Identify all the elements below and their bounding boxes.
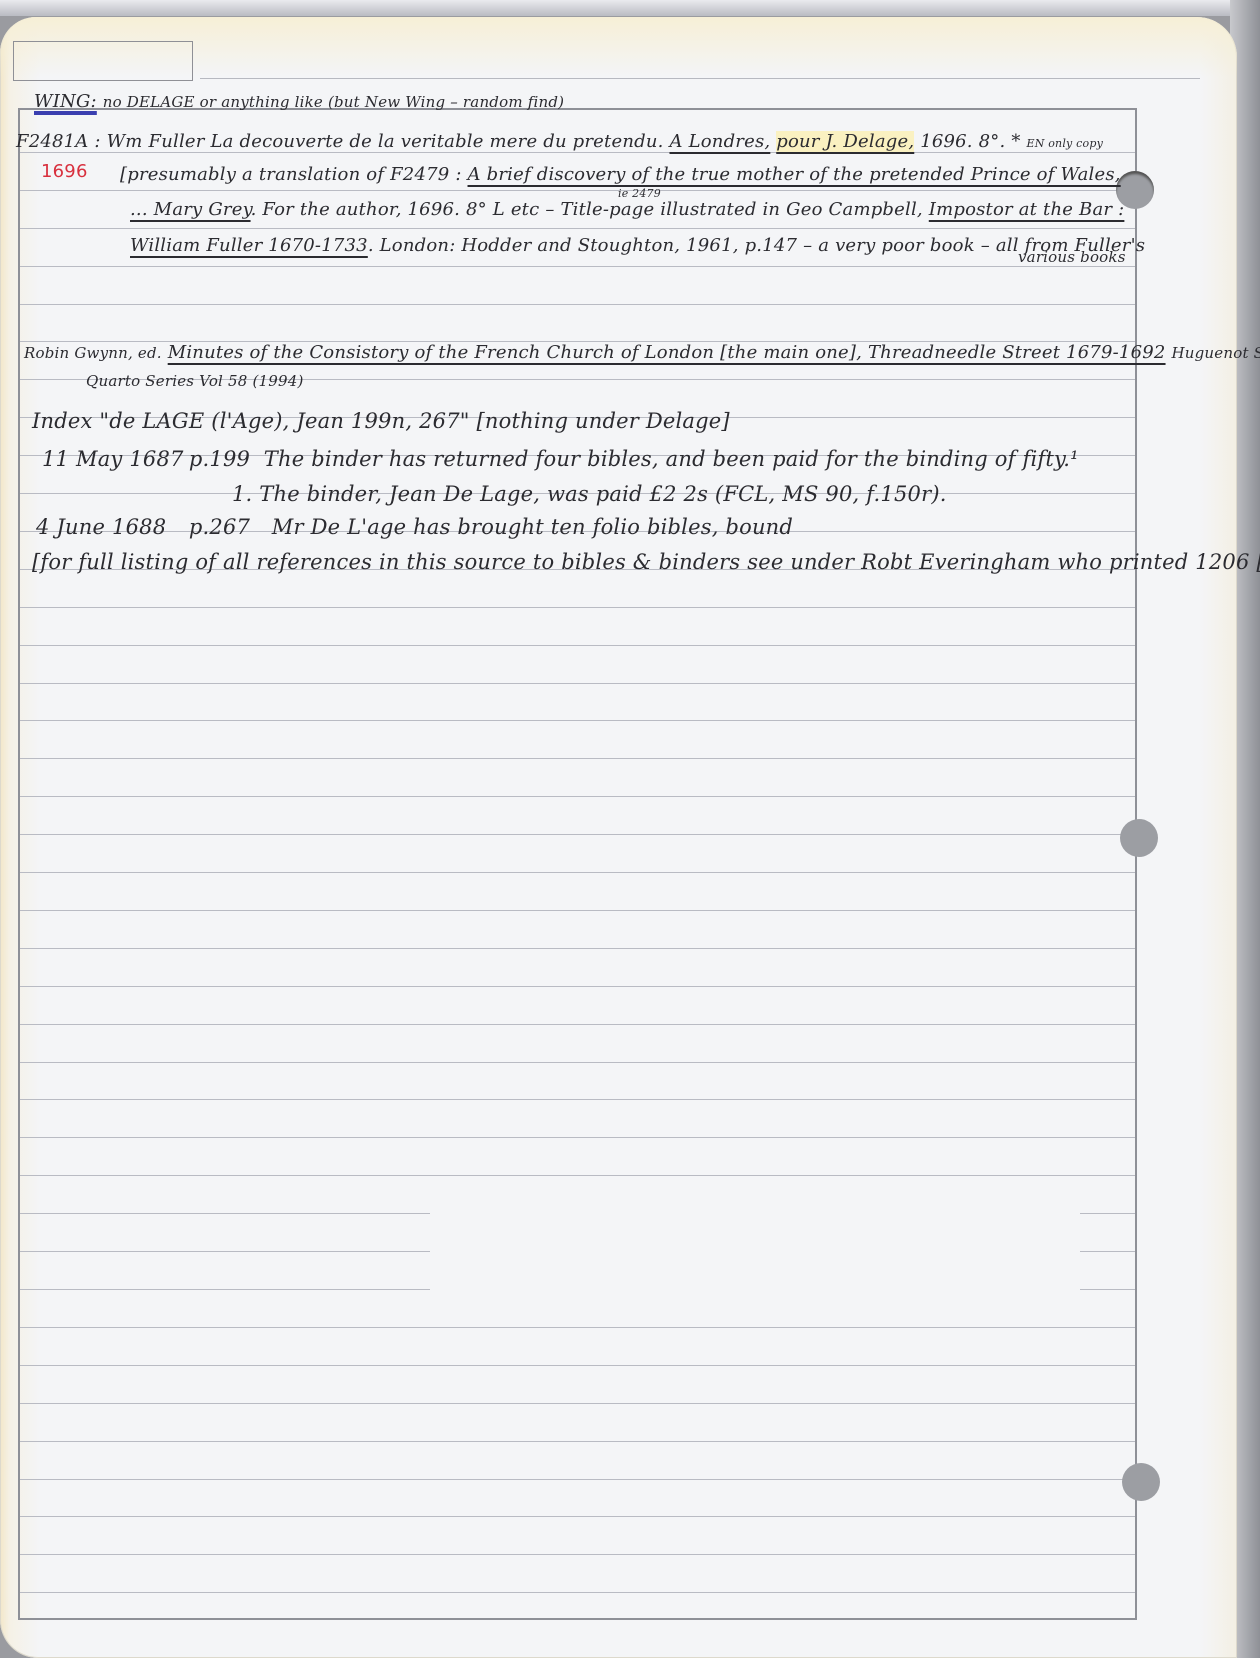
ruled-line [20,1137,1135,1138]
entry-f2481a-line1: F2481A : Wm Fuller La decouverte de la v… [16,133,1103,151]
minutes-title: Minutes of the Consistory of the French … [168,342,1166,363]
ruled-line [20,304,1135,305]
campbell-title: Impostor at the Bar : [929,199,1125,220]
ruled-line [20,758,1135,759]
entry-f2481a-line3: ... Mary Grey. For the author, 1696. 8° … [130,201,1124,219]
ruled-line [20,152,1135,153]
entry-author: Wm Fuller [107,131,205,152]
record-page: p.199 [189,449,257,470]
ruled-line [20,948,1135,949]
ruled-line [20,645,1135,646]
scanner-edge-top [0,0,1260,16]
entry-imprint-printer: pour J. Delage, [776,131,914,152]
ruled-line [20,1592,1135,1593]
title-box [13,41,193,81]
punch-hole-bottom [1122,1463,1160,1501]
ruled-line [20,1554,1135,1555]
ruled-line [20,266,1135,267]
ruled-line [20,1327,1135,1328]
index-line: Index "de LAGE (l'Age), Jean 199n, 267" … [32,411,730,432]
editor: Robin Gwynn, ed. [24,344,162,362]
top-rule-line [200,78,1200,79]
ruled-line [20,1516,1135,1517]
record-page: p.267 [189,517,265,538]
ruled-line [20,1403,1135,1404]
series-tail: Huguenot Soc [1171,344,1260,362]
record-row-1688: 4 June 1688 p.267 Mr De L'age has brough… [36,517,793,538]
ruled-line [20,796,1135,797]
ruled-line [20,1024,1135,1025]
ruled-line [20,683,1135,684]
punch-hole-middle [1120,819,1158,857]
ie-2479-annotation: ie 2479 [618,188,661,199]
year-annotation: 1696 [41,163,88,181]
ruled-line [20,1479,1135,1480]
ruled-line [20,190,1135,191]
ruled-line [20,1062,1135,1063]
ruled-line [20,607,1135,608]
entry-f2481a-line4: William Fuller 1670-1733. London: Hodder… [130,237,1145,255]
ruled-line [20,834,1135,835]
record-date: 4 June 1688 [36,517,182,538]
entry-copy-note: EN only copy [1026,137,1103,150]
entry-f2481a-line2: [presumably a translation of F2479 : A b… [120,166,1121,184]
imprint-details: . For the author, 1696. 8° L etc – Title… [251,199,923,220]
ruled-line [20,986,1135,987]
record-text: The binder has returned four bibles, and… [264,447,1079,471]
record-row-1687: 11 May 1687 p.199 The binder has returne… [42,449,1079,470]
mary-grey: ... Mary Grey [130,199,251,220]
ruled-line [20,872,1135,873]
ruled-line [20,910,1135,911]
entry-gwynn-line1: Robin Gwynn, ed. Minutes of the Consisto… [24,344,1260,362]
entry-ref: F2481A : [16,131,101,152]
cross-reference-note: [for full listing of all references in t… [32,552,1260,573]
ruled-line [20,1365,1135,1366]
record-text: Mr De L'age has brought ten folio bibles… [272,515,793,539]
ruled-line [20,720,1135,721]
entry-title: La decouverte de la veritable mere du pr… [210,131,663,152]
translation-note: [presumably a translation of F2479 : [120,164,462,185]
series-line: Quarto Series Vol 58 (1994) [86,374,304,389]
entry-imprint-date: 1696. 8°. * [920,131,1020,152]
record-date: 11 May 1687 [42,449,182,470]
record-footnote: 1. The binder, Jean De Lage, was paid £2… [232,484,947,505]
wing-label: WING: [34,91,97,112]
campbell-subtitle: William Fuller 1670-1733 [130,235,368,256]
entry-imprint-place: A Londres, [669,131,770,152]
ruled-line [20,228,1135,229]
ruled-line [20,1099,1135,1100]
scan-blank-area [430,1185,1080,1305]
wing-note: no DELAGE or anything like (but New Wing… [103,93,564,111]
english-title: A brief discovery of the true mother of … [468,164,1121,185]
margin-frame [18,108,1137,1620]
ruled-line [20,1175,1135,1176]
ruled-line [20,1441,1135,1442]
wing-header-line: WING: no DELAGE or anything like (but Ne… [34,93,564,111]
entry-f2481a-line5: various books [1018,250,1126,265]
